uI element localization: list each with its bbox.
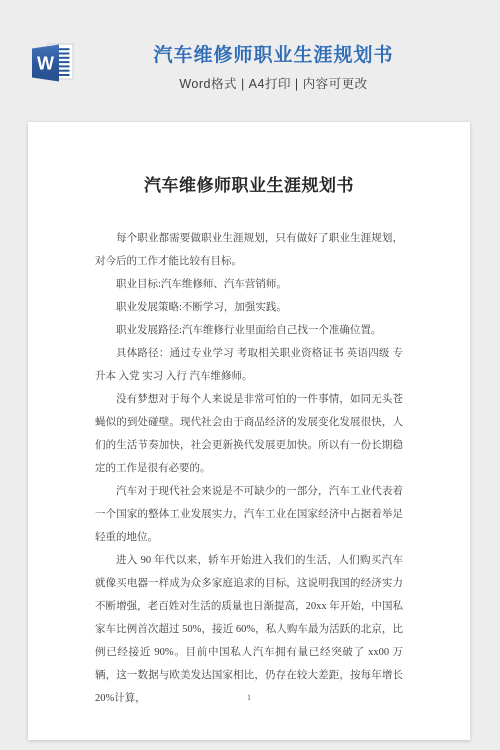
header-subtitle: Word格式 | A4打印 | 内容可更改 — [75, 74, 472, 92]
template-preview-screen: { "header": { "app_icon": "word-icon", "… — [0, 0, 500, 750]
paragraph: 职业发展路径:汽车维修行业里面给自己找一个准确位置。 — [95, 319, 403, 342]
paragraph: 每个职业都需要做职业生涯规划，只有做好了职业生涯规划，对今后的工作才能比较有目标… — [95, 227, 403, 273]
svg-text:W: W — [37, 54, 54, 74]
paragraph: 职业发展策略:不断学习，加强实践。 — [95, 296, 403, 319]
page-number: 1 — [28, 693, 470, 702]
paragraph: 具体路径：通过专业学习 考取相关职业资格证书 英语四级 专升本 入党 实习 入行… — [95, 342, 403, 388]
paragraph: 职业目标:汽车维修师、汽车营销师。 — [95, 273, 403, 296]
document-body: 每个职业都需要做职业生涯规划，只有做好了职业生涯规划，对今后的工作才能比较有目标… — [95, 227, 403, 710]
header: W 汽车维修师职业生涯规划书 Word格式 | A4打印 | 内容可更改 — [0, 0, 500, 92]
header-text: 汽车维修师职业生涯规划书 Word格式 | A4打印 | 内容可更改 — [75, 42, 472, 92]
word-icon: W — [31, 43, 75, 83]
document-page: 汽车维修师职业生涯规划书 每个职业都需要做职业生涯规划，只有做好了职业生涯规划，… — [28, 122, 470, 740]
paragraph: 汽车对于现代社会来说是不可缺少的一部分，汽车工业代表着一个国家的整体工业发展实力… — [95, 480, 403, 549]
document-title: 汽车维修师职业生涯规划书 — [95, 174, 403, 198]
header-title: 汽车维修师职业生涯规划书 — [75, 43, 472, 68]
paragraph: 进入 90 年代以来，轿车开始进入我们的生活，人们购买汽车就像买电器一样成为众多… — [95, 549, 403, 710]
paragraph: 没有梦想对于每个人来说是非常可怕的一件事情，如同无头苍蝇似的到处碰壁。现代社会由… — [95, 388, 403, 480]
